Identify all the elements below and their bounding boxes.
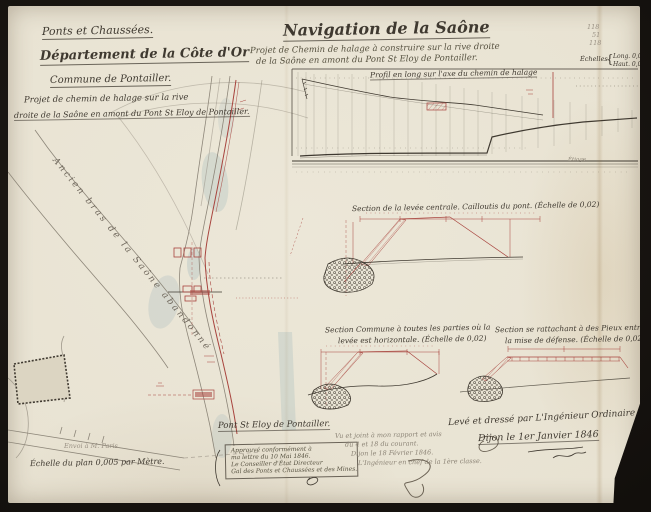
profile-scale-heights: Haut. 0,01: [613, 62, 645, 69]
cross-section-central: [324, 213, 540, 296]
lower-dike-red: [148, 383, 214, 399]
profile-ground: [300, 79, 637, 158]
archive-mark-3: 118: [589, 40, 601, 47]
profile-ordinates: [298, 72, 632, 156]
section3-red: [482, 346, 628, 381]
profile-scale-lengths: Long. 0,001: [613, 54, 649, 61]
cross-section-horizontal: [308, 346, 439, 409]
quay-wedge: [14, 355, 70, 404]
datum-label: Étiage: [568, 157, 586, 163]
cross-section-pieux: [460, 346, 630, 402]
profile-chart: [292, 69, 638, 172]
approval-line4: Gal des Ponts et Chaussées et des Mines.: [231, 466, 353, 475]
commune-heading: Commune de Pontailler.: [50, 73, 171, 87]
review-line3: Dijon le 18 Février 1846.: [351, 449, 433, 458]
drawing-sheet: Ponts et Chaussées. Département de la Cô…: [8, 6, 640, 503]
signature-flourish: [528, 447, 586, 458]
profile-scale-brace: Échelles: [580, 56, 608, 63]
survey-lines: [168, 278, 284, 292]
stone-pile: [468, 376, 503, 402]
approval-box: Approuvé conformément à ma lettre du 10 …: [225, 442, 359, 479]
section1-red: [344, 213, 540, 296]
site-plan: [8, 76, 308, 470]
ponts-et-chaussees-heading: Ponts et Chaussées.: [42, 24, 153, 39]
main-title: Navigation de la Saône: [283, 18, 490, 40]
approval-signature-flourish: [307, 477, 318, 484]
stone-pile: [312, 384, 351, 409]
profile-figures-rows: [296, 78, 638, 172]
bridge-label: Pont St Eloy de Pontailler.: [218, 420, 330, 432]
pencil-note: Envoi à M. Paris.: [64, 443, 120, 450]
photo-backdrop: Ponts et Chaussées. Département de la Cô…: [0, 0, 651, 512]
departement-heading: Département de la Côte d'Or: [40, 46, 249, 65]
